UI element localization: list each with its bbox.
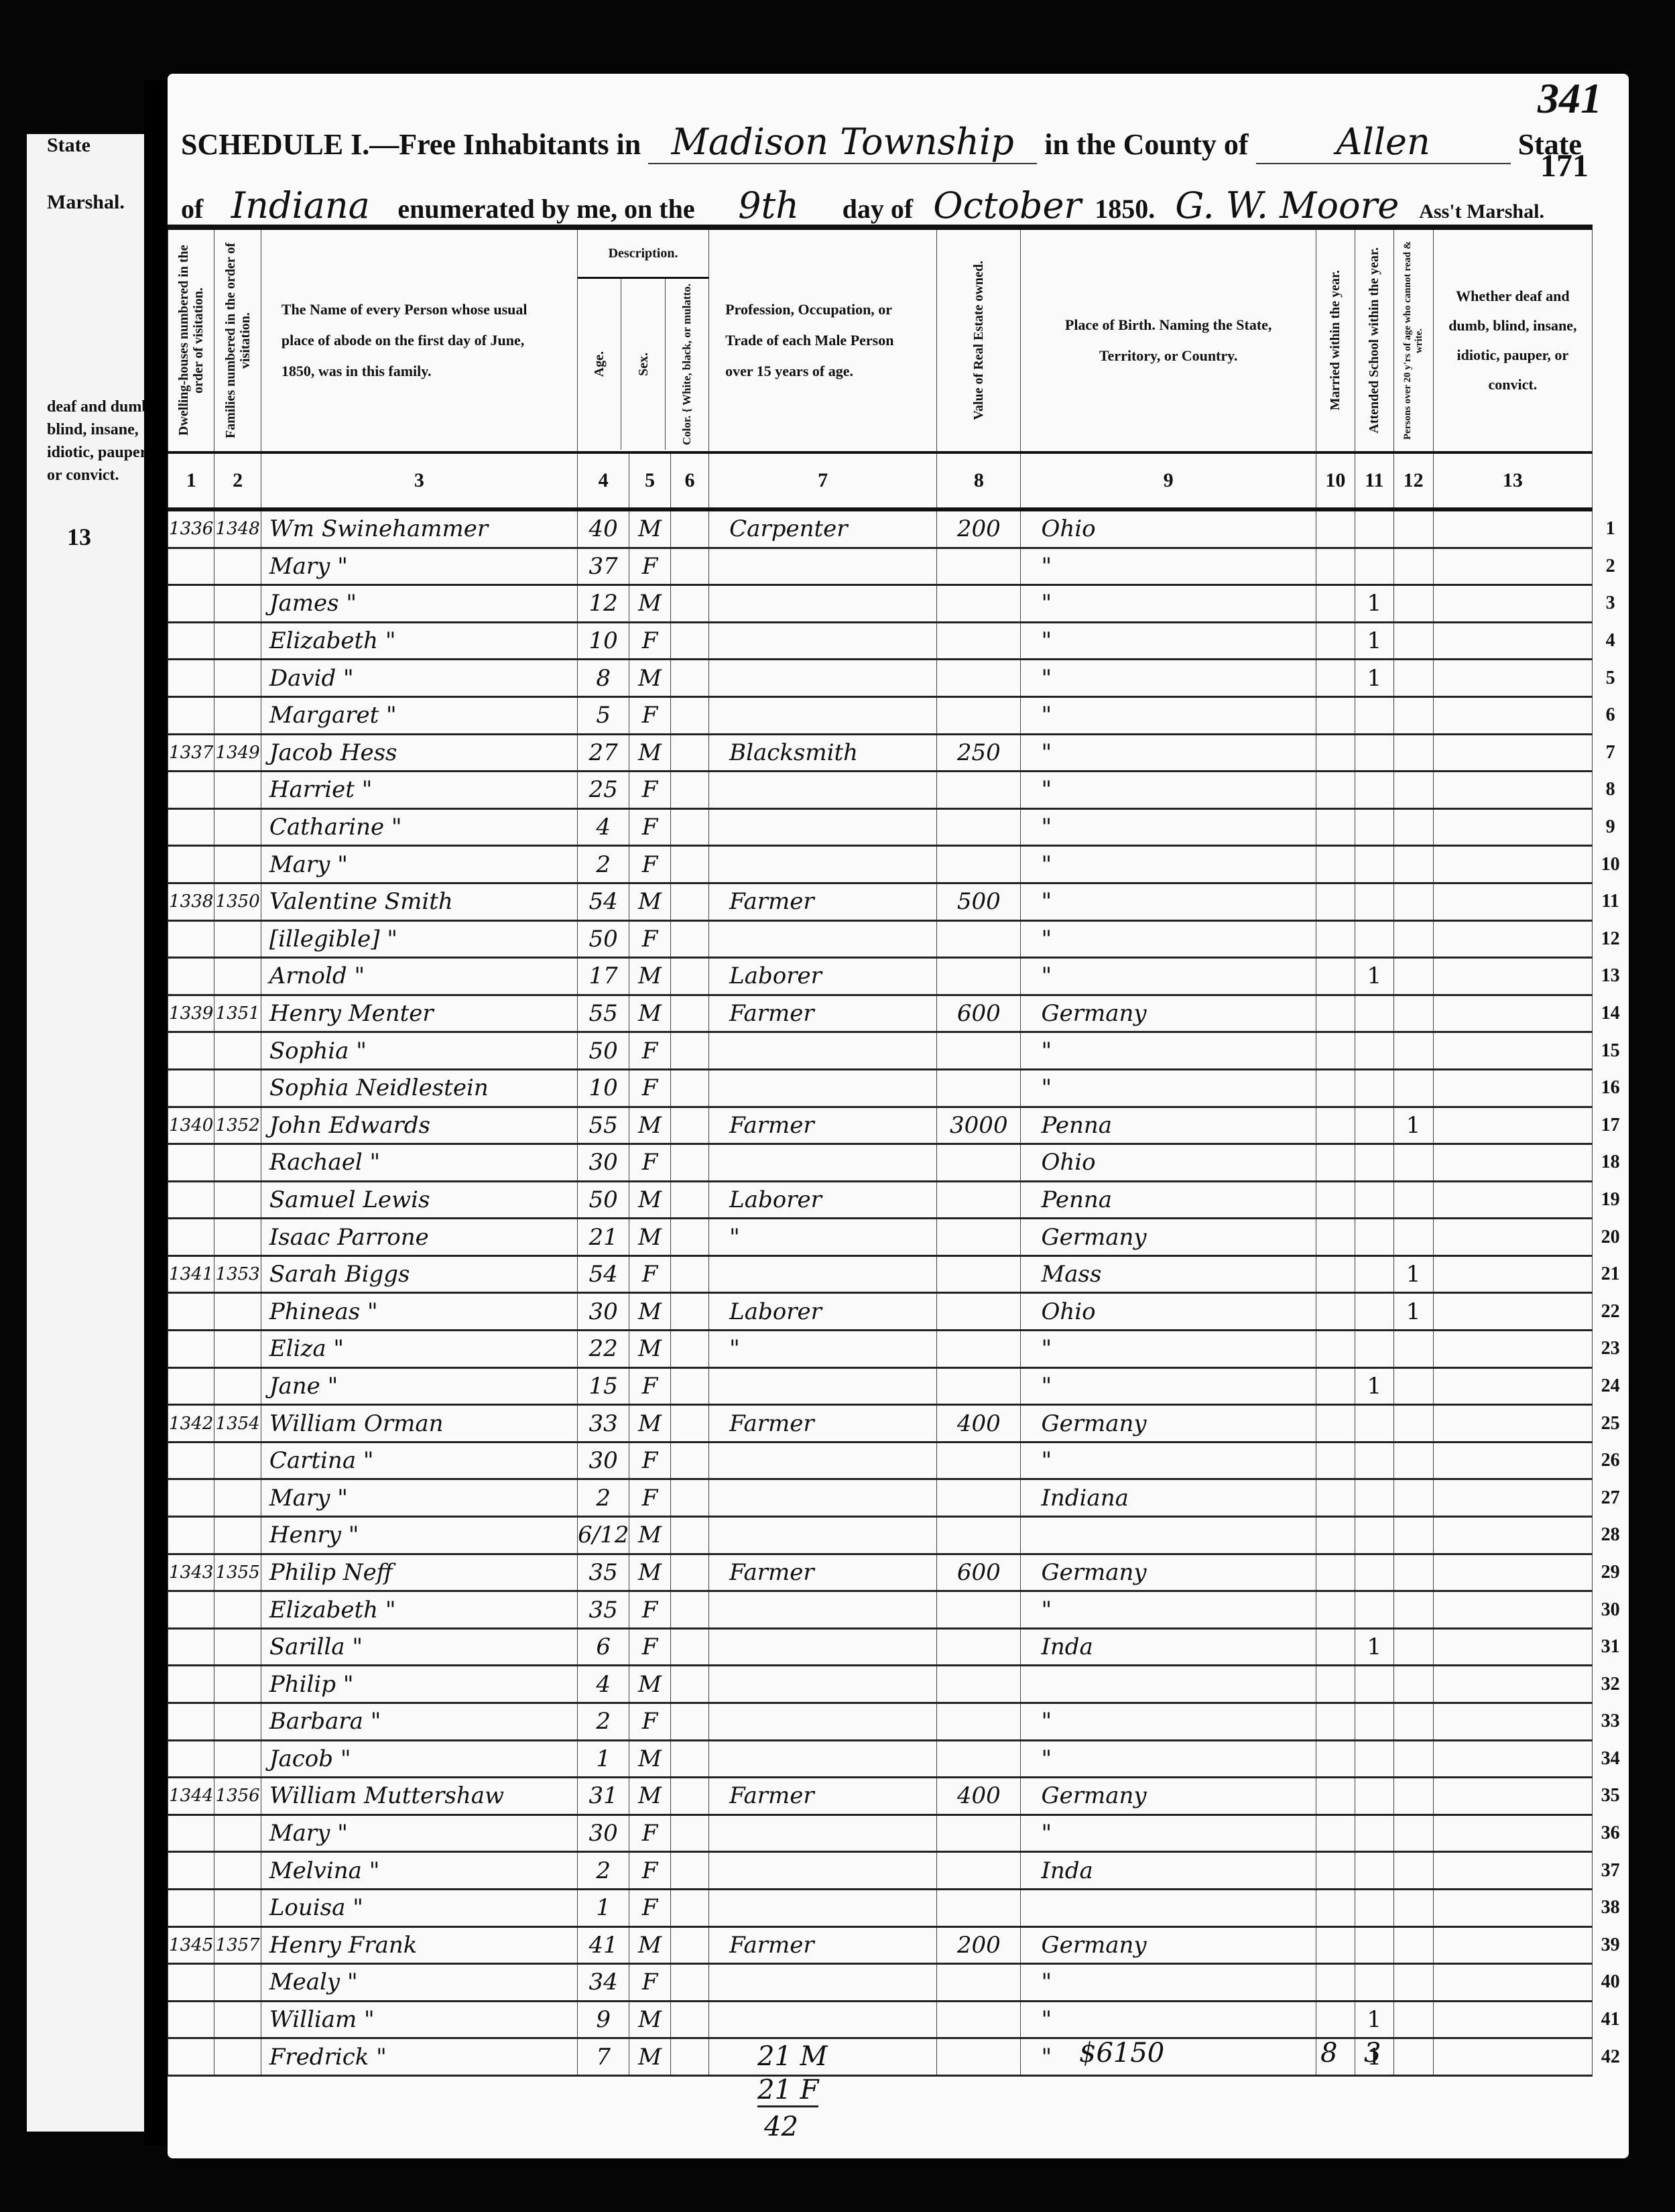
birthplace: Ohio — [1021, 1144, 1316, 1182]
dwelling-number — [168, 1181, 214, 1219]
of-label: of — [181, 194, 203, 224]
family-number — [214, 1331, 261, 1368]
birthplace: Inda — [1021, 1852, 1316, 1890]
school-mark — [1355, 1778, 1393, 1815]
real-estate-value — [937, 1442, 1021, 1479]
married-mark — [1316, 1069, 1355, 1107]
occupation: Laborer — [709, 1181, 937, 1219]
person-name: Margaret " — [261, 696, 577, 734]
table-row: 13421354William Orman33MFarmer400Germany… — [168, 1405, 1629, 1442]
sex: F — [629, 772, 670, 809]
birthplace: " — [1021, 1591, 1316, 1629]
age: 4 — [577, 808, 629, 846]
condition — [1433, 1255, 1593, 1293]
illiterate-mark — [1393, 846, 1433, 883]
dwelling-number — [168, 548, 214, 585]
age: 50 — [577, 1181, 629, 1219]
married-mark — [1316, 1703, 1355, 1741]
occupation: " — [709, 1331, 937, 1368]
dwelling-number: 1338 — [168, 883, 214, 920]
line-number: 24 — [1593, 1367, 1629, 1405]
year: 1850. — [1095, 194, 1155, 224]
family-number: 1350 — [214, 883, 261, 920]
illiterate-mark — [1393, 920, 1433, 958]
enumeration-line: of Indiana enumerated by me, on the 9th … — [181, 184, 1544, 228]
color — [670, 2001, 708, 2038]
condition — [1433, 548, 1593, 585]
color — [670, 1517, 708, 1554]
married-mark — [1316, 1740, 1355, 1778]
school-mark — [1355, 1293, 1393, 1331]
person-name: Elizabeth " — [261, 1591, 577, 1629]
sex: M — [629, 585, 670, 623]
table-row: Mealy "34F"40 — [168, 1964, 1629, 2002]
table-row: 13411353Sarah Biggs54FMass121 — [168, 1255, 1629, 1293]
sex: M — [629, 509, 670, 548]
line-number: 34 — [1593, 1740, 1629, 1778]
person-name: Elizabeth " — [261, 622, 577, 660]
school-mark — [1355, 846, 1393, 883]
age: 55 — [577, 1107, 629, 1144]
dwelling-number — [168, 1740, 214, 1778]
married-mark — [1316, 1107, 1355, 1144]
line-number: 17 — [1593, 1107, 1629, 1144]
table-row: David "8M"15 — [168, 660, 1629, 697]
family-number — [214, 1964, 261, 2002]
age: 8 — [577, 660, 629, 697]
married-mark — [1316, 1331, 1355, 1368]
married-mark — [1316, 734, 1355, 772]
real-estate-value: 200 — [937, 1926, 1021, 1964]
sex: F — [629, 1032, 670, 1070]
occupation — [709, 920, 937, 958]
age: 9 — [577, 2001, 629, 2038]
illiterate-mark — [1393, 1740, 1433, 1778]
person-name: Louisa " — [261, 1889, 577, 1926]
line-number: 30 — [1593, 1591, 1629, 1629]
person-name: Sophia Neidlestein — [261, 1069, 577, 1107]
condition — [1433, 1367, 1593, 1405]
line-number: 40 — [1593, 1964, 1629, 2002]
sex: M — [629, 1181, 670, 1219]
person-name: Mary " — [261, 846, 577, 883]
real-estate-value — [937, 1181, 1021, 1219]
table-row: Sophia "50F"15 — [168, 1032, 1629, 1070]
line-number: 18 — [1593, 1144, 1629, 1182]
age: 4 — [577, 1666, 629, 1703]
person-name: Philip Neff — [261, 1554, 577, 1591]
person-name: Phineas " — [261, 1293, 577, 1331]
married-mark — [1316, 1778, 1355, 1815]
sex: F — [629, 808, 670, 846]
occupation — [709, 1740, 937, 1778]
occupation — [709, 1255, 937, 1293]
illiterate-mark — [1393, 585, 1433, 623]
color — [670, 1703, 708, 1741]
table-row: Mary "2F"10 — [168, 846, 1629, 883]
condition — [1433, 1442, 1593, 1479]
line-number: 37 — [1593, 1852, 1629, 1890]
illiterate-mark — [1393, 734, 1433, 772]
married-mark — [1316, 883, 1355, 920]
col-dwelling-header: Dwelling-houses numbered in the order of… — [168, 227, 214, 452]
table-row: William "9M"141 — [168, 2001, 1629, 2038]
person-name: Mary " — [261, 1479, 577, 1517]
married-mark — [1316, 846, 1355, 883]
illiterate-mark — [1393, 1852, 1433, 1890]
sex: F — [629, 1255, 670, 1293]
married-mark — [1316, 1889, 1355, 1926]
school-mark — [1355, 1144, 1393, 1182]
illiterate-mark — [1393, 1181, 1433, 1219]
family-number — [214, 2038, 261, 2076]
dwelling-number — [168, 1479, 214, 1517]
sex: F — [629, 622, 670, 660]
illiterate-mark — [1393, 808, 1433, 846]
dwelling-number: 1345 — [168, 1926, 214, 1964]
col-age-header: Age. — [578, 279, 621, 450]
married-mark — [1316, 1032, 1355, 1070]
condition — [1433, 1591, 1593, 1629]
age: 30 — [577, 1815, 629, 1852]
school-mark: 1 — [1355, 585, 1393, 623]
real-estate-value: 600 — [937, 1554, 1021, 1591]
condition — [1433, 1703, 1593, 1741]
school-mark — [1355, 1554, 1393, 1591]
real-estate-value — [937, 1628, 1021, 1666]
color — [670, 1666, 708, 1703]
birthplace: " — [1021, 660, 1316, 697]
sex: F — [629, 1069, 670, 1107]
illiterate-mark — [1393, 995, 1433, 1032]
sex: F — [629, 1367, 670, 1405]
line-number: 15 — [1593, 1032, 1629, 1070]
illiterate-mark — [1393, 2038, 1433, 2076]
birthplace: " — [1021, 772, 1316, 809]
family-number: 1348 — [214, 509, 261, 548]
person-name: Mary " — [261, 1815, 577, 1852]
illiterate-mark — [1393, 1666, 1433, 1703]
color — [670, 660, 708, 697]
illiterate-mark — [1393, 660, 1433, 697]
table-row: 13391351Henry Menter55MFarmer600Germany1… — [168, 995, 1629, 1032]
birthplace: Germany — [1021, 1405, 1316, 1442]
sex: M — [629, 1405, 670, 1442]
real-estate-value — [937, 1666, 1021, 1703]
dwelling-number — [168, 696, 214, 734]
birthplace: " — [1021, 1032, 1316, 1070]
occupation: Carpenter — [709, 509, 937, 548]
line-number: 39 — [1593, 1926, 1629, 1964]
dwelling-number — [168, 808, 214, 846]
real-estate-value — [937, 1964, 1021, 2002]
sex: M — [629, 1666, 670, 1703]
birthplace: " — [1021, 2038, 1316, 2076]
condition — [1433, 2001, 1593, 2038]
age: 1 — [577, 1889, 629, 1926]
dwelling-number — [168, 1032, 214, 1070]
line-number: 32 — [1593, 1666, 1629, 1703]
married-mark — [1316, 808, 1355, 846]
age: 15 — [577, 1367, 629, 1405]
occupation: Farmer — [709, 1554, 937, 1591]
family-number: 1349 — [214, 734, 261, 772]
real-estate-value — [937, 1255, 1021, 1293]
dwelling-number — [168, 1628, 214, 1666]
occupation — [709, 1069, 937, 1107]
dwelling-number — [168, 622, 214, 660]
occupation — [709, 808, 937, 846]
age: 10 — [577, 622, 629, 660]
married-mark — [1316, 1591, 1355, 1629]
school-mark — [1355, 734, 1393, 772]
occupation — [709, 2001, 937, 2038]
sex: F — [629, 1815, 670, 1852]
occupation — [709, 696, 937, 734]
table-row: Jacob "1M"34 — [168, 1740, 1629, 1778]
line-number: 2 — [1593, 548, 1629, 585]
married-mark — [1316, 772, 1355, 809]
real-estate-value — [937, 1367, 1021, 1405]
real-estate-value — [937, 548, 1021, 585]
age: 30 — [577, 1293, 629, 1331]
total-persons: 42 — [764, 2111, 798, 2142]
illiterate-mark: 1 — [1393, 1255, 1433, 1293]
table-row: Samuel Lewis50MLaborerPenna19 — [168, 1181, 1629, 1219]
school-mark — [1355, 808, 1393, 846]
age: 21 — [577, 1219, 629, 1256]
family-number — [214, 585, 261, 623]
person-name: Isaac Parrone — [261, 1219, 577, 1256]
illiterate-mark — [1393, 2001, 1433, 2038]
person-name: Sophia " — [261, 1032, 577, 1070]
occupation — [709, 1628, 937, 1666]
person-name: Melvina " — [261, 1852, 577, 1890]
line-number: 41 — [1593, 2001, 1629, 2038]
birthplace: " — [1021, 696, 1316, 734]
sex: F — [629, 920, 670, 958]
illiterate-mark — [1393, 1032, 1433, 1070]
real-estate-value — [937, 1144, 1021, 1182]
col-value-header: Value of Real Estate owned. — [937, 227, 1021, 452]
occupation: Farmer — [709, 995, 937, 1032]
state-label-left: State — [47, 134, 90, 157]
marshal-label-left: Marshal. — [47, 191, 125, 214]
condition — [1433, 1107, 1593, 1144]
married-mark — [1316, 1926, 1355, 1964]
family-number — [214, 1367, 261, 1405]
dwelling-number — [168, 846, 214, 883]
color — [670, 1554, 708, 1591]
real-estate-value — [937, 1517, 1021, 1554]
condition — [1433, 1032, 1593, 1070]
birthplace: " — [1021, 1069, 1316, 1107]
real-estate-value: 250 — [937, 734, 1021, 772]
occupation: Blacksmith — [709, 734, 937, 772]
school-mark — [1355, 1666, 1393, 1703]
married-mark — [1316, 1554, 1355, 1591]
line-number: 42 — [1593, 2038, 1629, 2076]
condition — [1433, 920, 1593, 958]
schedule-title-line: SCHEDULE I.—Free Inhabitants in Madison … — [181, 121, 1582, 164]
real-estate-value — [937, 696, 1021, 734]
married-mark — [1316, 995, 1355, 1032]
day-field: 9th — [702, 184, 836, 228]
school-mark — [1355, 1517, 1393, 1554]
birthplace: " — [1021, 808, 1316, 846]
line-number: 4 — [1593, 622, 1629, 660]
line-number: 25 — [1593, 1405, 1629, 1442]
table-row: Isaac Parrone21M"Germany20 — [168, 1219, 1629, 1256]
color — [670, 772, 708, 809]
real-estate-value — [937, 1740, 1021, 1778]
birthplace: Inda — [1021, 1628, 1316, 1666]
condition — [1433, 1144, 1593, 1182]
real-estate-value — [937, 1591, 1021, 1629]
color — [670, 1255, 708, 1293]
person-name: David " — [261, 660, 577, 697]
col-family-header: Families numbered in the order of visita… — [214, 227, 261, 452]
age: 50 — [577, 1032, 629, 1070]
illiterate-mark — [1393, 958, 1433, 995]
dwelling-number — [168, 772, 214, 809]
school-mark — [1355, 1069, 1393, 1107]
color — [670, 1591, 708, 1629]
occupation — [709, 1703, 937, 1741]
table-row: Louisa "1F38 — [168, 1889, 1629, 1926]
birthplace: " — [1021, 1964, 1316, 2002]
dwelling-number: 1343 — [168, 1554, 214, 1591]
real-estate-value: 500 — [937, 883, 1021, 920]
age: 30 — [577, 1442, 629, 1479]
line-number: 14 — [1593, 995, 1629, 1032]
person-name: William Muttershaw — [261, 1778, 577, 1815]
birthplace: Germany — [1021, 1926, 1316, 1964]
occupation: " — [709, 1219, 937, 1256]
dwelling-number — [168, 1591, 214, 1629]
color — [670, 1293, 708, 1331]
dwelling-number — [168, 2001, 214, 2038]
color — [670, 1479, 708, 1517]
illiterate-mark: 1 — [1393, 1293, 1433, 1331]
sex: F — [629, 1628, 670, 1666]
sex: M — [629, 1219, 670, 1256]
table-row: 13361348Wm Swinehammer40MCarpenter200Ohi… — [168, 509, 1629, 548]
family-number — [214, 1069, 261, 1107]
line-number: 23 — [1593, 1331, 1629, 1368]
real-estate-value — [937, 1032, 1021, 1070]
col-illiterate-header: Persons over 20 y'rs of age who cannot r… — [1393, 227, 1433, 452]
age: 1 — [577, 1740, 629, 1778]
col-occupation-header: Profession, Occupation, or Trade of each… — [709, 227, 937, 452]
line-number: 38 — [1593, 1889, 1629, 1926]
school-mark — [1355, 1852, 1393, 1890]
school-mark — [1355, 1442, 1393, 1479]
school-mark — [1355, 772, 1393, 809]
line-number: 36 — [1593, 1815, 1629, 1852]
real-estate-value — [937, 920, 1021, 958]
condition — [1433, 995, 1593, 1032]
line-number: 19 — [1593, 1181, 1629, 1219]
col-condition-header: Whether deaf and dumb, blind, insane, id… — [1433, 227, 1593, 452]
dwelling-number — [168, 920, 214, 958]
line-number: 35 — [1593, 1778, 1629, 1815]
real-estate-value — [937, 846, 1021, 883]
real-estate-value: 400 — [937, 1778, 1021, 1815]
married-mark — [1316, 1219, 1355, 1256]
real-estate-value: 600 — [937, 995, 1021, 1032]
family-number — [214, 548, 261, 585]
school-mark — [1355, 995, 1393, 1032]
table-row: Melvina "2FInda37 — [168, 1852, 1629, 1890]
birthplace: " — [1021, 1815, 1316, 1852]
table-row: 13381350Valentine Smith54MFarmer500"11 — [168, 883, 1629, 920]
age: 7 — [577, 2038, 629, 2076]
birthplace: " — [1021, 734, 1316, 772]
dwelling-number: 1342 — [168, 1405, 214, 1442]
schedule-title: SCHEDULE I.—Free Inhabitants in — [181, 128, 641, 161]
person-name: Barbara " — [261, 1703, 577, 1741]
condition — [1433, 1778, 1593, 1815]
birthplace: Germany — [1021, 1554, 1316, 1591]
occupation — [709, 1889, 937, 1926]
family-number — [214, 660, 261, 697]
dwelling-number — [168, 1367, 214, 1405]
married-mark — [1316, 1479, 1355, 1517]
day-of-label: day of — [843, 194, 914, 224]
person-name: Fredrick " — [261, 2038, 577, 2076]
age: 25 — [577, 772, 629, 809]
birthplace — [1021, 1666, 1316, 1703]
family-number — [214, 1144, 261, 1182]
age: 5 — [577, 696, 629, 734]
col-name-header: The Name of every Person whose usual pla… — [261, 227, 577, 452]
person-name: James " — [261, 585, 577, 623]
table-row: Sarilla "6FInda131 — [168, 1628, 1629, 1666]
birthplace: Germany — [1021, 1219, 1316, 1256]
illiterate-mark — [1393, 1479, 1433, 1517]
family-number: 1357 — [214, 1926, 261, 1964]
real-estate-value — [937, 2038, 1021, 2076]
age: 2 — [577, 1703, 629, 1741]
age: 54 — [577, 883, 629, 920]
color — [670, 1852, 708, 1890]
real-estate-value — [937, 1331, 1021, 1368]
person-name: Jane " — [261, 1367, 577, 1405]
line-number: 11 — [1593, 883, 1629, 920]
table-row: Elizabeth "35F"30 — [168, 1591, 1629, 1629]
occupation — [709, 1479, 937, 1517]
family-number — [214, 1628, 261, 1666]
condition — [1433, 585, 1593, 623]
sex: M — [629, 660, 670, 697]
family-number: 1352 — [214, 1107, 261, 1144]
illiterate-mark — [1393, 1405, 1433, 1442]
age: 54 — [577, 1255, 629, 1293]
illiterate-mark — [1393, 622, 1433, 660]
real-estate-value — [937, 808, 1021, 846]
illiterate-mark — [1393, 548, 1433, 585]
condition — [1433, 1666, 1593, 1703]
married-mark — [1316, 1181, 1355, 1219]
family-number — [214, 1703, 261, 1741]
color — [670, 808, 708, 846]
occupation: Farmer — [709, 883, 937, 920]
married-mark — [1316, 1367, 1355, 1405]
sex: M — [629, 1293, 670, 1331]
real-estate-value — [937, 1815, 1021, 1852]
occupation — [709, 585, 937, 623]
